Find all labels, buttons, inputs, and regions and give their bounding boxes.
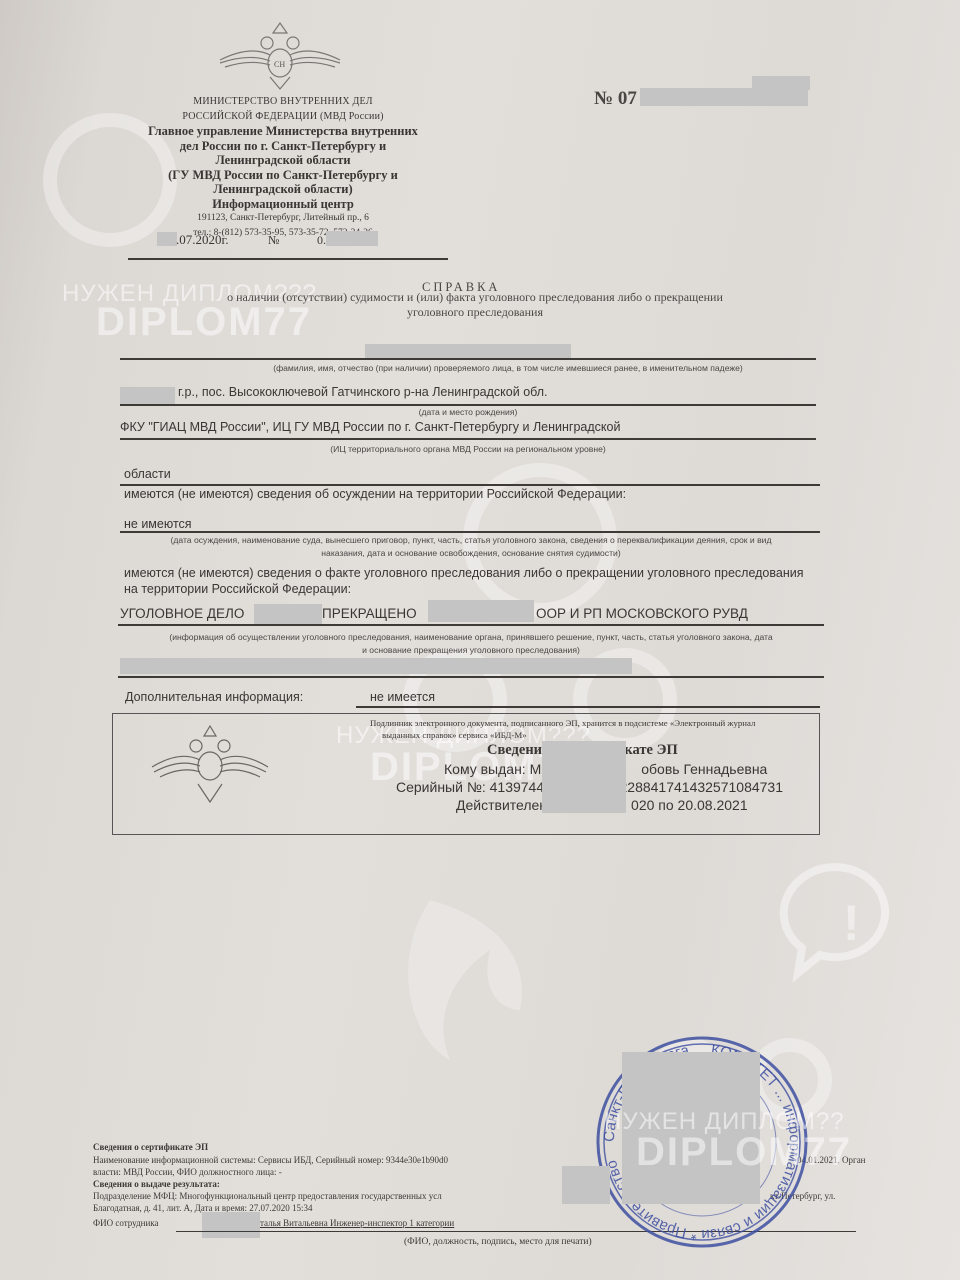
text-part: Серийный №: 41397444	[396, 779, 552, 795]
org-value: ФКУ "ГИАЦ МВД России", ИЦ ГУ МВД России …	[120, 420, 620, 434]
additional-label: Дополнительная информация:	[125, 690, 303, 704]
birth-caption: (дата и место рождения)	[120, 407, 816, 417]
prosecution-value-part2: ПРЕКРАЩЕНО	[322, 606, 417, 621]
underline	[120, 438, 816, 440]
fio-caption: (фамилия, имя, отчество (при наличии) пр…	[120, 363, 816, 373]
outgoing-number: 0.	[317, 233, 326, 248]
redaction	[326, 231, 378, 246]
underline	[118, 624, 824, 626]
caption-line: и основание прекращения уголовного пресл…	[116, 644, 826, 657]
redaction	[752, 76, 810, 90]
underline	[118, 676, 824, 678]
redaction	[542, 741, 626, 813]
ministry-name: РОССИЙСКОЙ ФЕДЕРАЦИИ (МВД России)	[128, 110, 438, 125]
subtitle-line: о наличии (отсутствии) судимости и (или)…	[200, 290, 750, 305]
department-name: Ленинградской области	[128, 153, 438, 168]
footer-cert-heading: Сведения о сертификате ЭП	[93, 1142, 208, 1152]
svg-text:!: !	[843, 895, 860, 951]
signature-note: Подлинник электронного документа, подпис…	[370, 717, 755, 741]
issuer-header: МИНИСТЕРСТВО ВНУТРЕННИХ ДЕЛ РОССИЙСКОЙ Ф…	[128, 95, 438, 240]
redaction	[120, 658, 632, 674]
issuer-address: 191123, Санкт-Петербург, Литейный пр., 6	[128, 211, 438, 226]
redaction	[622, 1052, 760, 1204]
org-caption: (ИЦ территориального органа МВД России н…	[120, 444, 816, 454]
employee-label: ФИО сотрудника	[93, 1218, 159, 1228]
note-line: выданных справок» сервиса «ИБД-М»	[370, 729, 755, 741]
redaction	[562, 1166, 610, 1204]
redaction	[202, 1212, 260, 1238]
additional-value: не имеется	[370, 690, 435, 704]
number-label: №	[268, 233, 279, 248]
prosecution-label: имеются (не имеются) сведения о факте уг…	[124, 565, 803, 597]
department-name: Ленинградской области)	[128, 182, 438, 197]
subtitle-line: уголовного преследования	[200, 305, 750, 320]
document-page: ! НУЖЕН ДИПЛОМ??? DIPLOM77 НУЖЕН ДИПЛОМ?…	[0, 0, 960, 1280]
label-line: на территории Российской Федерации:	[124, 581, 803, 597]
department-name: Информационный центр	[128, 197, 438, 212]
issue-date: .07.2020г.	[176, 232, 229, 248]
underline	[120, 484, 820, 486]
department-name: Главное управление Министерства внутренн…	[128, 124, 438, 139]
text-part: 020 по 20.08.2021	[631, 797, 748, 813]
conviction-label: имеются (не имеются) сведения об осужден…	[124, 487, 626, 501]
underline	[120, 531, 820, 533]
org-value-cont: области	[124, 467, 171, 481]
underline	[356, 706, 820, 708]
footer-result-heading: Сведения о выдаче результата:	[93, 1179, 220, 1189]
employee-value: талья Витальевна Инженер-инспектор 1 кат…	[260, 1218, 454, 1228]
redaction	[120, 387, 175, 405]
footer-system-line: Наименование информационной системы: Сер…	[93, 1155, 448, 1165]
redaction	[157, 232, 177, 246]
underline	[120, 404, 816, 406]
ministry-name: МИНИСТЕРСТВО ВНУТРЕННИХ ДЕЛ	[128, 95, 438, 110]
cert-title-part: Сведени	[487, 742, 542, 758]
prosecution-value-part1: УГОЛОВНОЕ ДЕЛО	[120, 606, 244, 621]
note-line: Подлинник электронного документа, подпис…	[370, 717, 755, 729]
caption-line: наказания, дата и основание освобождения…	[118, 547, 824, 560]
department-name: дел России по г. Санкт-Петербургу и	[128, 139, 438, 154]
redaction	[640, 88, 808, 106]
text-part: Кому выдан: М	[444, 761, 541, 777]
mvd-emblem-icon: СН	[215, 15, 345, 90]
redaction	[365, 344, 571, 358]
document-subtitle: о наличии (отсутствии) судимости и (или)…	[200, 290, 750, 320]
mvd-emblem-icon	[150, 722, 270, 812]
divider	[128, 258, 448, 260]
text-part: Действителен	[456, 797, 547, 813]
text-part: обовь Геннадьевна	[641, 761, 767, 777]
caption-line: (дата осуждения, наименование суда, выне…	[118, 534, 824, 547]
label-line: имеются (не имеются) сведения о факте уг…	[124, 565, 803, 581]
conviction-caption: (дата осуждения, наименование суда, выне…	[118, 534, 824, 560]
redaction	[428, 600, 534, 622]
signature-caption: (ФИО, должность, подпись, место для печа…	[404, 1237, 592, 1247]
caption-line: (информация об осуществлении уголовного …	[116, 631, 826, 644]
conviction-value: не имеются	[124, 517, 192, 531]
redaction	[254, 604, 322, 624]
document-number: № 07	[594, 88, 637, 110]
birth-value: г.р., пос. Высокоключевой Гатчинского р-…	[178, 385, 548, 399]
text-part: 41228841741432571084731	[604, 779, 783, 795]
prosecution-caption: (информация об осуществлении уголовного …	[116, 631, 826, 657]
svg-text:СН: СН	[274, 60, 285, 69]
department-name: (ГУ МВД России по Санкт-Петербургу и	[128, 168, 438, 183]
footer-mfc-line: Подразделение МФЦ: Многофункциональный ц…	[93, 1191, 442, 1201]
underline	[120, 358, 816, 360]
prosecution-value-part3: ООР И РП МОСКОВСКОГО РУВД	[536, 606, 748, 621]
footer-authority-line: власти: МВД России, ФИО должностного лиц…	[93, 1167, 282, 1177]
